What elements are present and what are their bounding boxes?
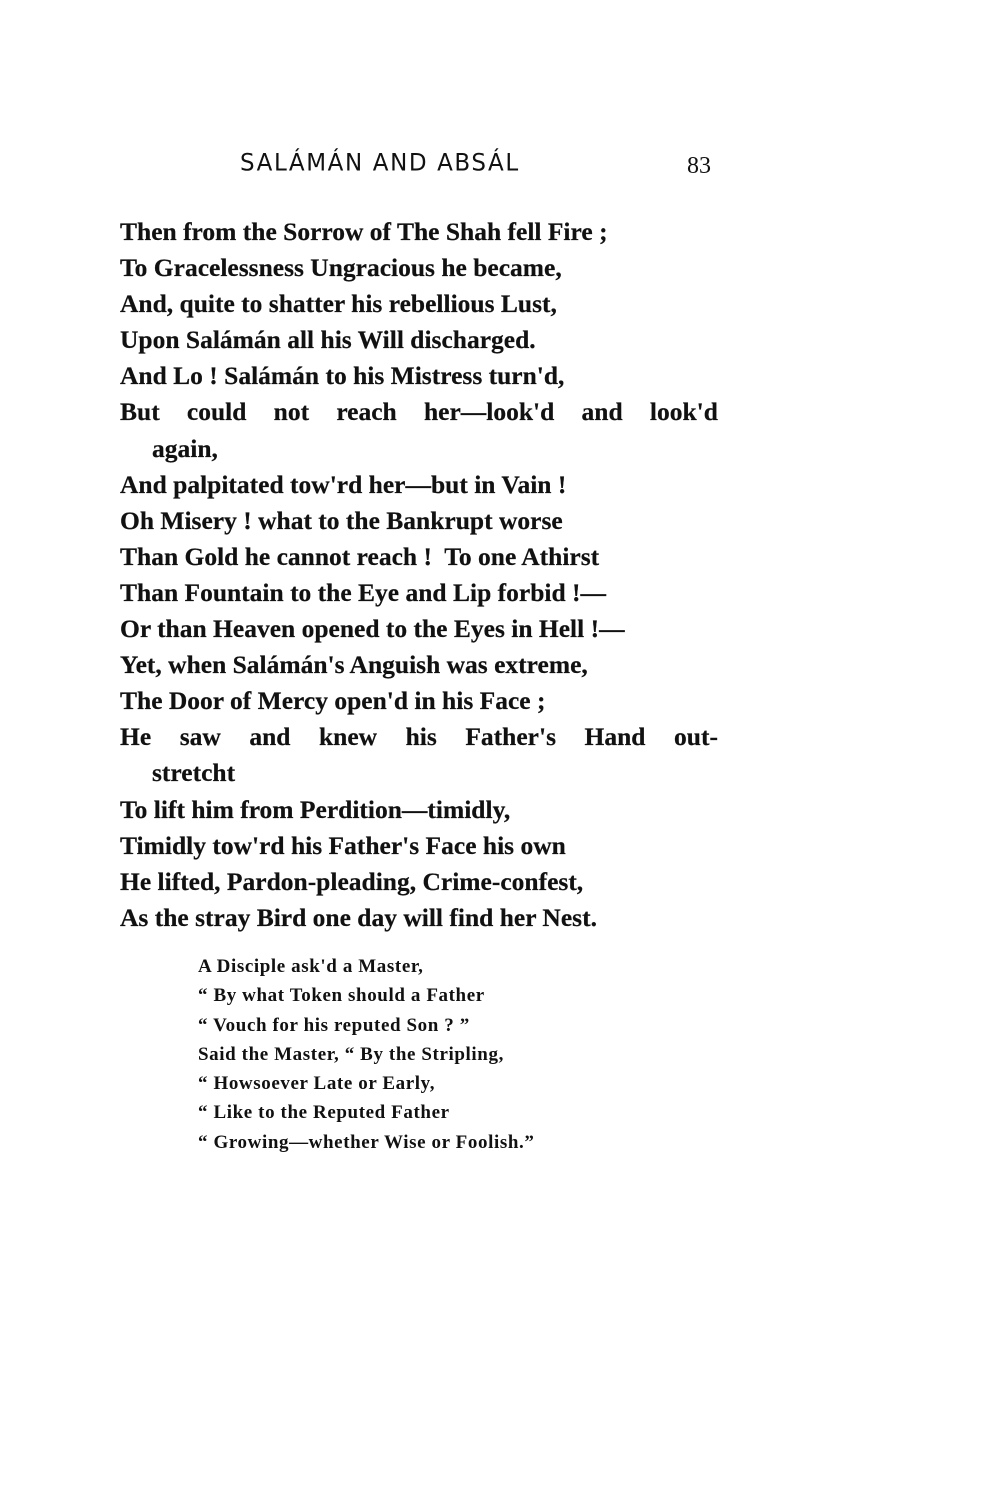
verse-line: Oh Misery ! what to the Bankrupt worse [120, 503, 720, 539]
word: saw [180, 719, 221, 755]
verse-line: Or than Heaven opened to the Eyes in Hel… [120, 611, 720, 647]
coda-line: Said the Master, “ By the Stripling, [198, 1040, 638, 1069]
verse-line: Timidly tow'rd his Father's Face his own [120, 828, 720, 864]
coda-block: A Disciple ask'd a Master, “ By what Tok… [198, 952, 638, 1157]
running-header: SALÁMÁN AND ABSÁL 83 [240, 150, 730, 190]
coda-line: “ By what Token should a Father [198, 981, 638, 1010]
coda-line: “ Howsoever Late or Early, [198, 1069, 638, 1098]
verse-line: He lifted, Pardon-pleading, Crime-confes… [120, 864, 720, 900]
coda-line: “ Vouch for his reputed Son ? ” [198, 1011, 638, 1040]
word: could [187, 394, 247, 430]
word: Hand [585, 719, 646, 755]
coda-line: A Disciple ask'd a Master, [198, 952, 638, 981]
verse-line-justified: He saw and knew his Father's Hand out- [120, 719, 718, 755]
word: and [582, 394, 623, 430]
word: reach [336, 394, 396, 430]
word: But [120, 394, 160, 430]
verse-line: As the stray Bird one day will find her … [120, 900, 720, 936]
coda-line: “ Growing—whether Wise or Foolish.” [198, 1128, 638, 1157]
verse-line: Than Fountain to the Eye and Lip forbid … [120, 575, 720, 611]
coda-line: “ Like to the Reputed Father [198, 1098, 638, 1127]
word: look'd [650, 394, 718, 430]
verse-line: And Lo ! Salámán to his Mistress turn'd, [120, 358, 720, 394]
word: his [406, 719, 437, 755]
verse-line: To lift him from Perdition—timidly, [120, 792, 720, 828]
verse-line: Than Gold he cannot reach ! To one Athir… [120, 539, 720, 575]
verse-line-justified: But could not reach her—look'd and look'… [120, 394, 718, 430]
word: He [120, 719, 151, 755]
verse-line: Then from the Sorrow of The Shah fell Fi… [120, 214, 720, 250]
verse-line: To Gracelessness Ungracious he became, [120, 250, 720, 286]
word: not [274, 394, 309, 430]
verse-line: Yet, when Salámán's Anguish was extreme, [120, 647, 720, 683]
word: knew [319, 719, 377, 755]
verse-line: And palpitated tow'rd her—but in Vain ! [120, 467, 720, 503]
verse-line: Upon Salámán all his Will discharged. [120, 322, 720, 358]
page-number: 83 [687, 153, 711, 180]
word: her—look'd [424, 394, 554, 430]
verse-line: The Door of Mercy open'd in his Face ; [120, 683, 720, 719]
word: and [249, 719, 290, 755]
running-title: SALÁMÁN AND ABSÁL [240, 149, 520, 176]
word: out- [674, 719, 718, 755]
verse-line-continuation: again, [120, 431, 720, 467]
verse-line-continuation: stretcht [120, 755, 720, 791]
verse-line: And, quite to shatter his rebellious Lus… [120, 286, 720, 322]
verse-block: Then from the Sorrow of The Shah fell Fi… [120, 214, 720, 936]
word: Father's [465, 719, 556, 755]
